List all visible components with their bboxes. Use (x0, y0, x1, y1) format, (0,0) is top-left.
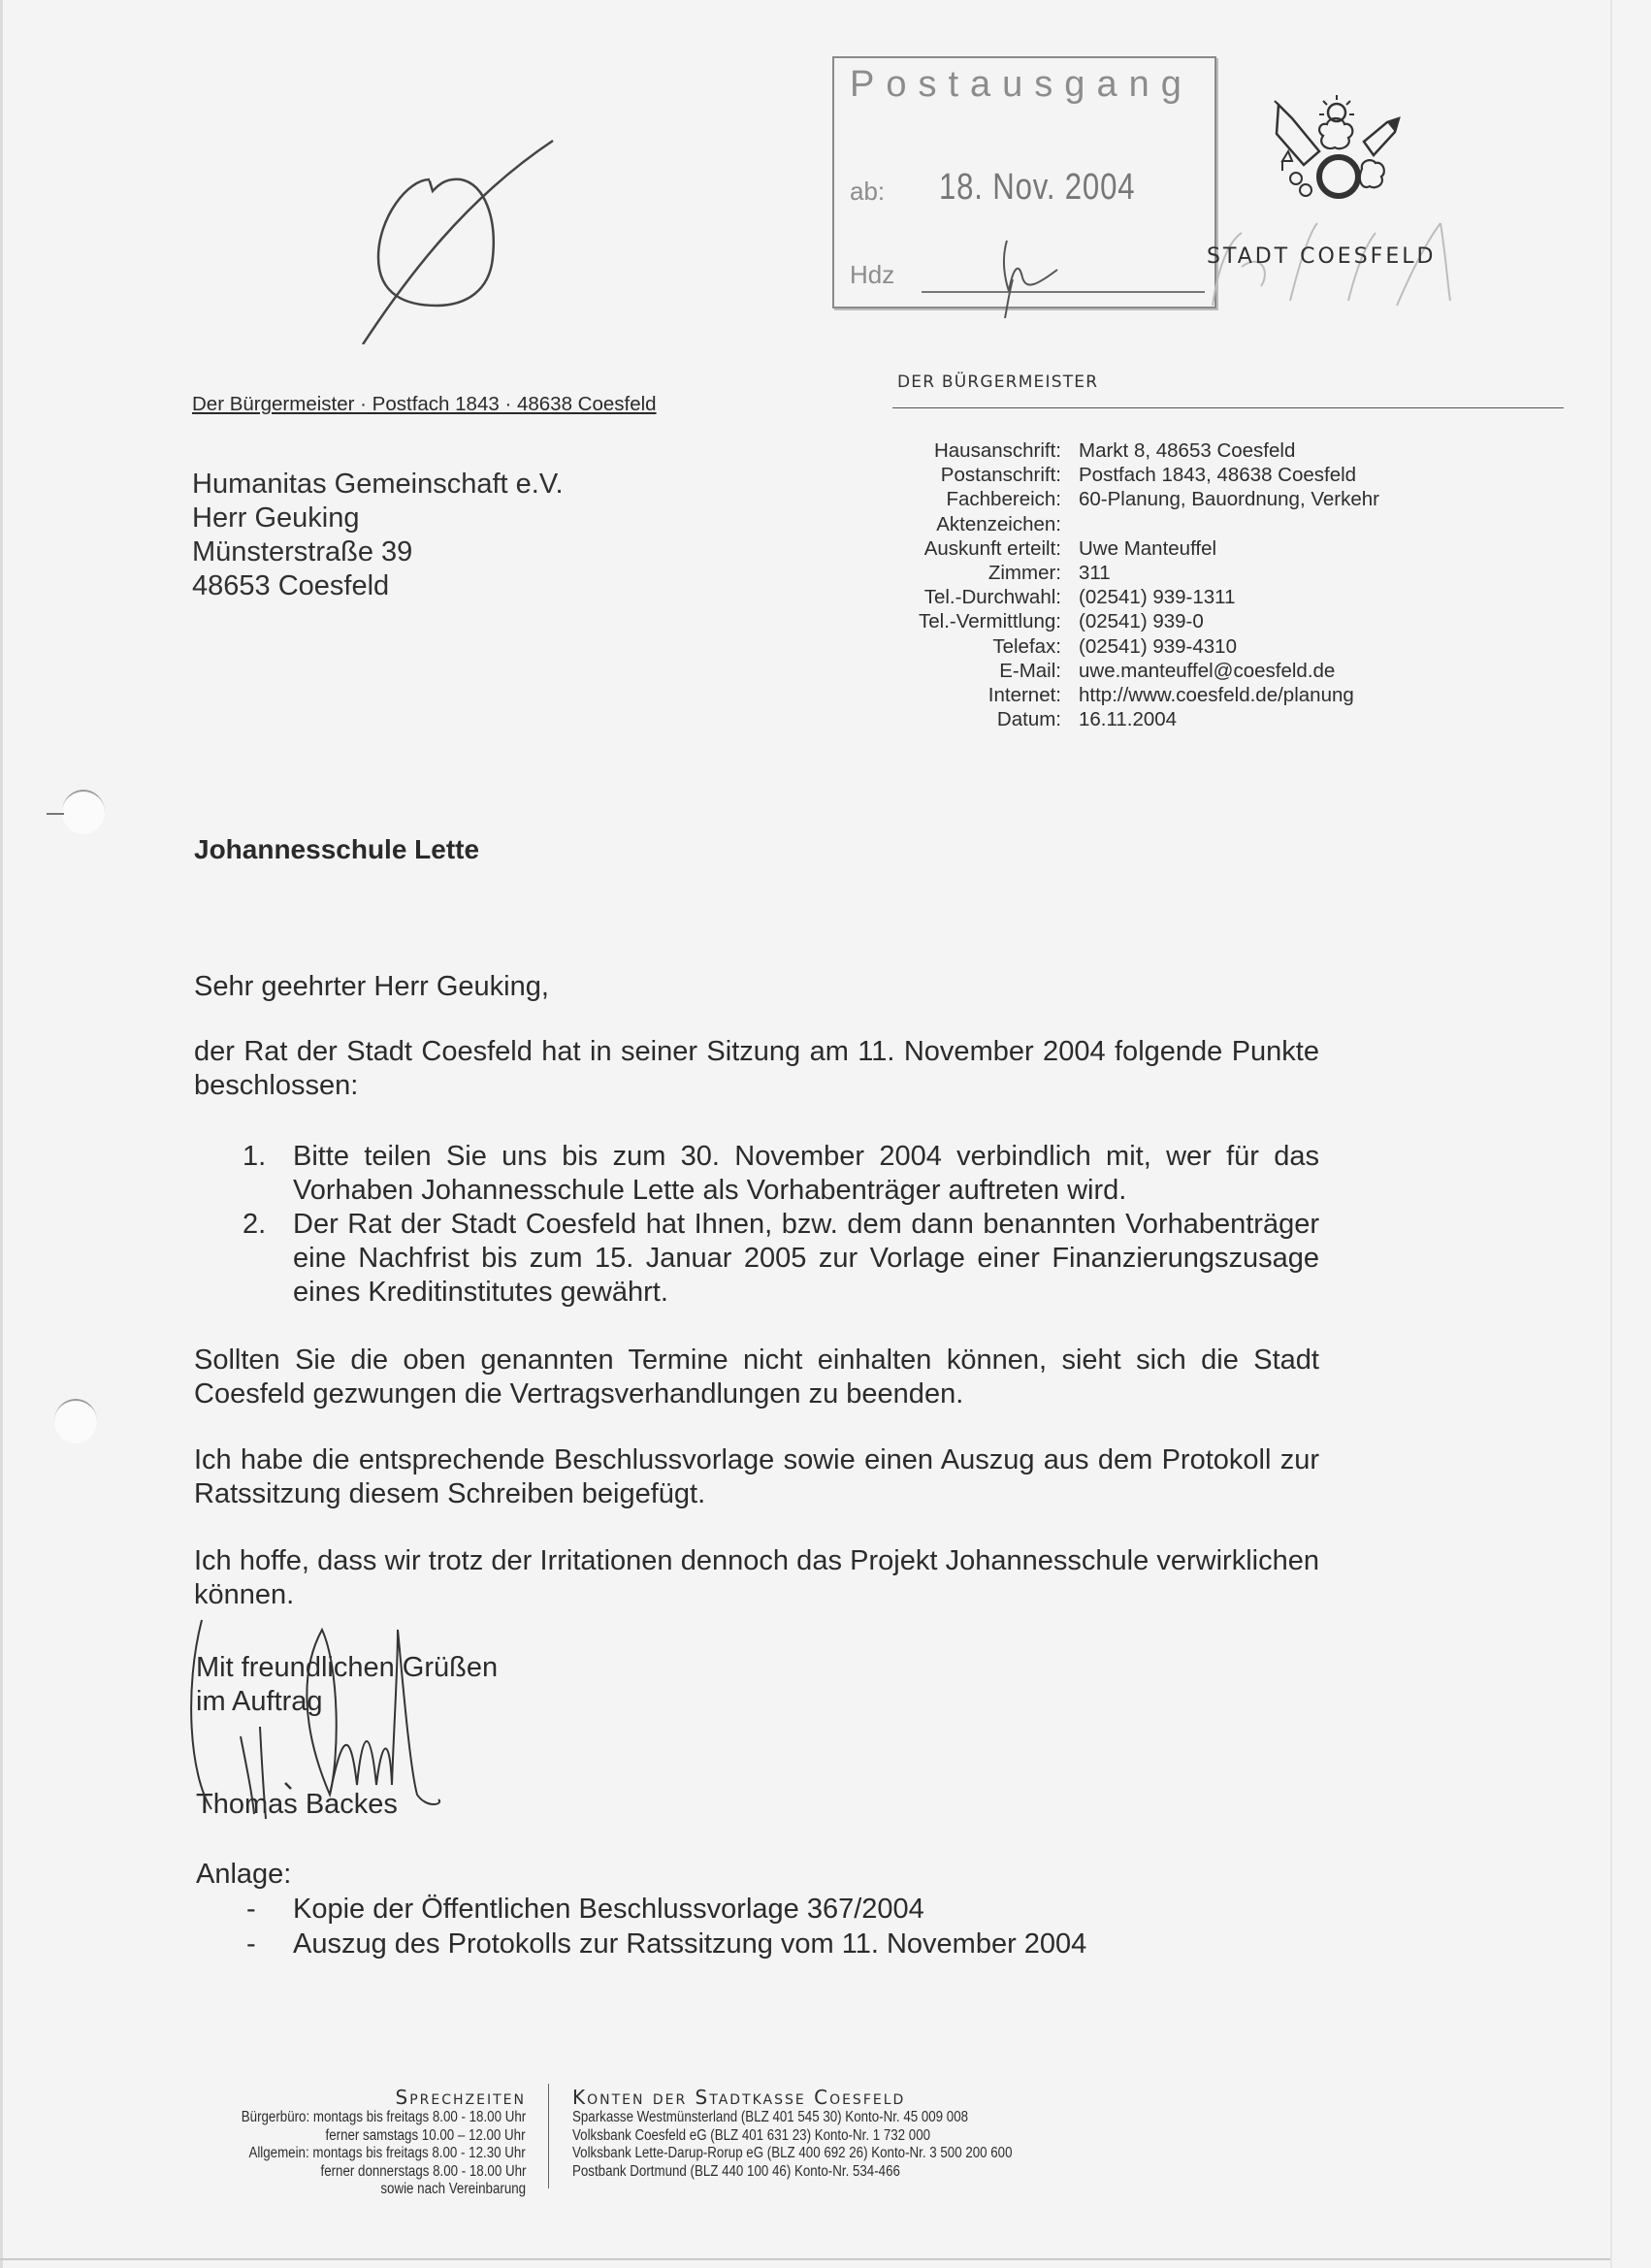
recipient-address: Humanitas Gemeinschaft e.V. Herr Geuking… (192, 468, 564, 603)
office-hours-line: Bürgerbüro: montags bis freitags 8.00 - … (242, 2109, 526, 2127)
info-label: Telefax: (873, 634, 1079, 659)
info-row: Datum:16.11.2004 (873, 707, 1379, 731)
sender-info-block: Hausanschrift:Markt 8, 48653 CoesfeldPos… (873, 438, 1379, 731)
info-value: http://www.coesfeld.de/planung (1079, 683, 1379, 707)
info-row: Tel.-Vermittlung:(02541) 939-0 (873, 609, 1379, 633)
attachments-list: - Kopie der Öffentlichen Beschlussvorlag… (196, 1892, 1086, 1961)
page-edge-right (1610, 0, 1612, 2268)
return-address-line: Der Bürgermeister · Postfach 1843 · 4863… (192, 393, 657, 416)
stamp-handwritten-initials (980, 231, 1067, 318)
info-row: E-Mail:uwe.manteuffel@coesfeld.de (873, 659, 1379, 683)
info-label: Datum: (873, 707, 1079, 731)
stamp-hdz-label: Hdz (850, 260, 894, 290)
handwritten-signature (184, 1610, 456, 1843)
department-rule (892, 407, 1564, 408)
info-label: Hausanschrift: (873, 438, 1079, 463)
office-hours-title: Sprechzeiten (146, 2086, 526, 2109)
body-paragraph: Sollten Sie die oben genannten Termine n… (194, 1344, 1319, 1411)
recipient-line: Herr Geuking (192, 502, 564, 535)
info-value: uwe.manteuffel@coesfeld.de (1079, 659, 1379, 683)
bank-account-line: Volksbank Lette-Darup-Rorup eG (BLZ 400 … (572, 2145, 1013, 2163)
attachment-item: - Auszug des Protokolls zur Ratssitzung … (196, 1927, 1086, 1961)
attachment-text: Kopie der Öffentlichen Beschlussvorlage … (293, 1894, 924, 1925)
bank-accounts-title: Konten der Stadtkasse Coesfeld (572, 2086, 1084, 2109)
info-value: Postfach 1843, 48638 Coesfeld (1079, 463, 1379, 487)
info-value: (02541) 939-4310 (1079, 634, 1379, 659)
office-hours-line: Allgemein: montags bis freitags 8.00 - 1… (249, 2145, 526, 2163)
info-label: E-Mail: (873, 659, 1079, 683)
bullet-dash: - (246, 1927, 256, 1961)
department-title: DER BÜRGERMEISTER (897, 373, 1098, 392)
recipient-line: Münsterstraße 39 (192, 535, 564, 569)
info-label: Postanschrift: (873, 463, 1079, 487)
info-value: Uwe Manteuffel (1079, 536, 1379, 561)
info-label: Fachbereich: (873, 487, 1079, 511)
fold-mark (47, 813, 64, 815)
info-label: Tel.-Durchwahl: (873, 585, 1079, 609)
info-row: Auskunft erteilt:Uwe Manteuffel (873, 536, 1379, 561)
resolution-list: 1. Bitte teilen Sie uns bis zum 30. Nove… (194, 1140, 1319, 1310)
info-value (1079, 512, 1379, 536)
office-hours-line: ferner samstags 10.00 – 12.00 Uhr (326, 2127, 526, 2146)
info-value: (02541) 939-0 (1079, 609, 1379, 633)
info-label: Internet: (873, 683, 1079, 707)
info-value: 60-Planung, Bauordnung, Verkehr (1079, 487, 1379, 511)
resolution-number: 1. (243, 1140, 266, 1174)
footer-divider (548, 2084, 549, 2188)
office-hours: Sprechzeiten Bürgerbüro: montags bis fre… (146, 2086, 526, 2199)
body-paragraph: Ich hoffe, dass wir trotz der Irritation… (194, 1544, 1319, 1612)
recipient-line: 48653 Coesfeld (192, 569, 564, 603)
info-value: 311 (1079, 561, 1379, 585)
office-hours-line: sowie nach Vereinbarung (380, 2181, 526, 2199)
attachment-item: - Kopie der Öffentlichen Beschlussvorlag… (196, 1892, 1086, 1927)
city-name: STADT COESFELD (1207, 244, 1436, 269)
info-row: Aktenzeichen: (873, 512, 1379, 536)
postausgang-stamp: Postausgang ab: 18. Nov. 2004 Hdz (832, 56, 1216, 308)
punch-hole (54, 1399, 97, 1443)
bank-accounts: Konten der Stadtkasse Coesfeld Sparkasse… (572, 2086, 1084, 2181)
bank-account-line: Volksbank Coesfeld eG (BLZ 401 631 23) K… (572, 2127, 930, 2146)
recipient-line: Humanitas Gemeinschaft e.V. (192, 468, 564, 502)
info-row: Telefax:(02541) 939-4310 (873, 634, 1379, 659)
info-value: 16.11.2004 (1079, 707, 1379, 731)
page-edge-bottom (0, 2258, 1610, 2260)
bullet-dash: - (246, 1892, 256, 1927)
info-label: Auskunft erteilt: (873, 536, 1079, 561)
resolution-text: Der Rat der Stadt Coesfeld hat Ihnen, bz… (293, 1209, 1319, 1308)
info-label: Zimmer: (873, 561, 1079, 585)
city-coat-of-arms-icon (1263, 93, 1408, 210)
info-row: Postanschrift:Postfach 1843, 48638 Coesf… (873, 463, 1379, 487)
stamp-title: Postausgang (850, 64, 1193, 106)
info-value: Markt 8, 48653 Coesfeld (1079, 438, 1379, 463)
bank-account-line: Postbank Dortmund (BLZ 440 100 46) Konto… (572, 2163, 900, 2182)
info-row: Tel.-Durchwahl:(02541) 939-1311 (873, 585, 1379, 609)
info-row: Zimmer:311 (873, 561, 1379, 585)
punch-hole (62, 790, 105, 834)
bank-account-line: Sparkasse Westmünsterland (BLZ 401 545 3… (572, 2109, 968, 2127)
stamp-date: 18. Nov. 2004 (939, 167, 1135, 209)
letter-subject: Johannesschule Lette (194, 834, 479, 865)
attachment-text: Auszug des Protokolls zur Ratssitzung vo… (293, 1928, 1086, 1960)
resolution-item: 2. Der Rat der Stadt Coesfeld hat Ihnen,… (194, 1208, 1319, 1310)
info-label: Aktenzeichen: (873, 512, 1079, 536)
info-row: Fachbereich:60-Planung, Bauordnung, Verk… (873, 487, 1379, 511)
stamp-ab-label: ab: (850, 177, 885, 207)
resolution-text: Bitte teilen Sie uns bis zum 30. Novembe… (293, 1141, 1319, 1206)
info-value: (02541) 939-1311 (1079, 585, 1379, 609)
info-row: Internet:http://www.coesfeld.de/planung (873, 683, 1379, 707)
intro-paragraph: der Rat der Stadt Coesfeld hat in seiner… (194, 1035, 1319, 1103)
resolution-number: 2. (243, 1208, 266, 1242)
salutation: Sehr geehrter Herr Geuking, (194, 970, 1319, 1004)
info-row: Hausanschrift:Markt 8, 48653 Coesfeld (873, 438, 1379, 463)
attachments-label: Anlage: (196, 1859, 291, 1891)
resolution-item: 1. Bitte teilen Sie uns bis zum 30. Nove… (194, 1140, 1319, 1208)
body-paragraph: Ich habe die entsprechende Beschlussvorl… (194, 1443, 1319, 1511)
handwritten-initials-mark (320, 112, 572, 344)
page-edge-left (0, 0, 3, 2268)
info-label: Tel.-Vermittlung: (873, 609, 1079, 633)
office-hours-line: ferner donnerstags 8.00 - 18.00 Uhr (320, 2163, 526, 2182)
